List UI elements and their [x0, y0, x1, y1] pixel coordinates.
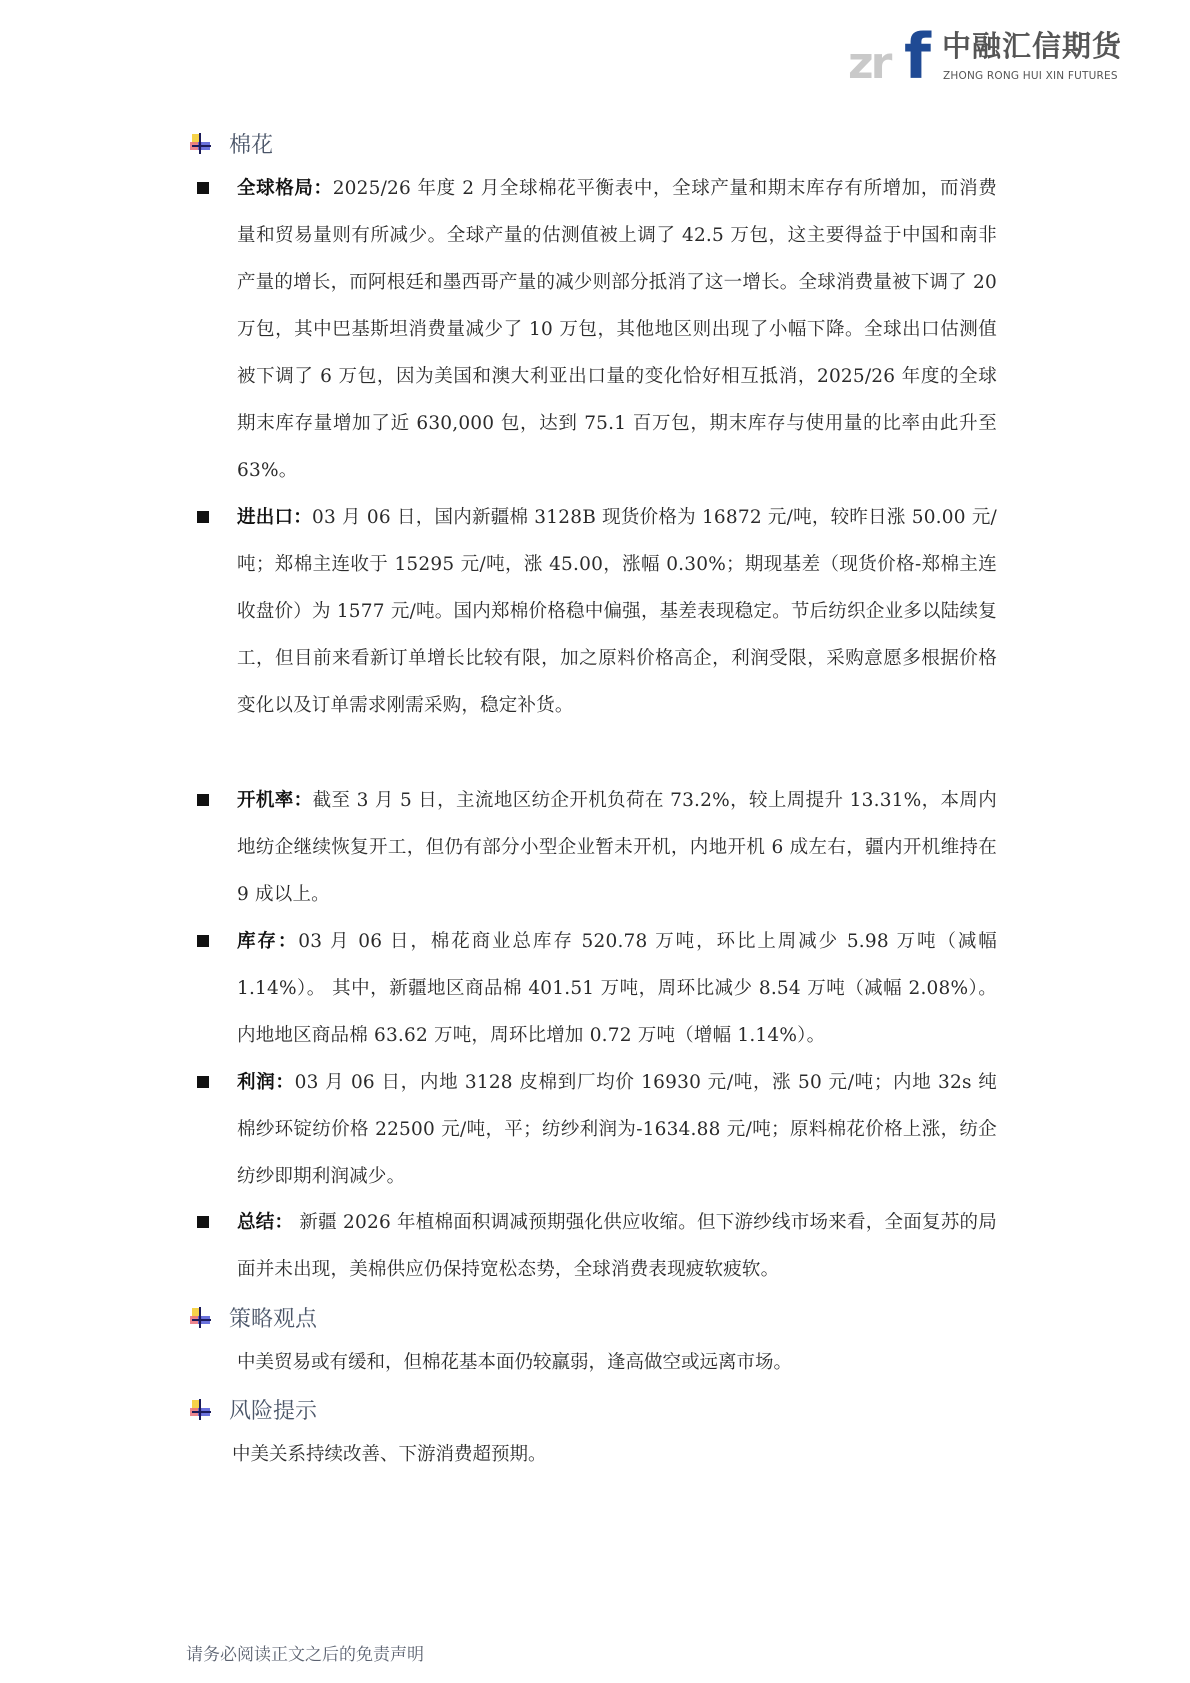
cross-bullet-icon [190, 1307, 212, 1329]
section-title: 策略观点 [229, 1302, 317, 1333]
square-bullet-icon [197, 935, 209, 947]
item-text: 03 月 06 日，国内新疆棉 3128B 现货价格为 16872 元/吨，较昨… [237, 507, 997, 716]
item-text: 03 月 06 日，棉花商业总库存 520.78 万吨，环比上周减少 5.98 … [237, 931, 997, 1046]
logo-mark-zr: zr [848, 42, 889, 86]
item-label: 总结： [237, 1212, 293, 1233]
item-text: 2025/26 年度 2 月全球棉花平衡表中，全球产量和期末库存有所增加，而消费… [237, 178, 997, 481]
logo-mark-f: f [904, 26, 931, 88]
cross-bullet-icon [190, 133, 212, 155]
item-label: 利润： [237, 1072, 295, 1093]
item-text: 03 月 06 日，内地 3128 皮棉到厂均价 16930 元/吨，涨 50 … [237, 1072, 997, 1187]
section-heading-cotton: 棉花 [190, 128, 273, 159]
section-title: 风险提示 [229, 1394, 317, 1425]
company-logo: zr f 中融汇信期货 ZHONG RONG HUI XIN FUTURES [848, 24, 1128, 86]
paragraph-summary: 总结： 新疆 2026 年植棉面积调减预期强化供应收缩。但下游纱线市场来看，全面… [237, 1199, 997, 1293]
paragraph-profit: 利润：03 月 06 日，内地 3128 皮棉到厂均价 16930 元/吨，涨 … [237, 1059, 997, 1200]
square-bullet-icon [197, 1216, 209, 1228]
item-label: 进出口： [237, 507, 312, 528]
square-bullet-icon [197, 182, 209, 194]
item-label: 开机率： [237, 790, 313, 811]
strategy-text: 中美贸易或有缓和，但棉花基本面仍较羸弱，逢高做空或远离市场。 [237, 1348, 792, 1378]
section-heading-risk: 风险提示 [190, 1394, 317, 1425]
company-name-cn: 中融汇信期货 [942, 30, 1122, 62]
square-bullet-icon [197, 794, 209, 806]
cross-bullet-icon [190, 1399, 212, 1421]
square-bullet-icon [197, 511, 209, 523]
item-label: 全球格局： [237, 178, 333, 199]
square-bullet-icon [197, 1076, 209, 1088]
footer-disclaimer: 请务必阅读正文之后的免责声明 [186, 1640, 424, 1665]
item-text: 截至 3 月 5 日，主流地区纺企开机负荷在 73.2%，较上周提升 13.31… [237, 790, 997, 905]
section-title: 棉花 [229, 128, 273, 159]
item-label: 库存： [237, 931, 298, 952]
paragraph-global-pattern: 全球格局：2025/26 年度 2 月全球棉花平衡表中，全球产量和期末库存有所增… [237, 165, 997, 494]
paragraph-operating-rate: 开机率：截至 3 月 5 日，主流地区纺企开机负荷在 73.2%，较上周提升 1… [237, 777, 997, 918]
paragraph-import-export: 进出口：03 月 06 日，国内新疆棉 3128B 现货价格为 16872 元/… [237, 494, 997, 729]
paragraph-inventory: 库存：03 月 06 日，棉花商业总库存 520.78 万吨，环比上周减少 5.… [237, 918, 997, 1059]
item-text: 新疆 2026 年植棉面积调减预期强化供应收缩。但下游纱线市场来看，全面复苏的局… [237, 1212, 997, 1280]
company-name-en: ZHONG RONG HUI XIN FUTURES [943, 70, 1118, 82]
risk-text: 中美关系持续改善、下游消费超预期。 [232, 1440, 547, 1470]
section-heading-strategy: 策略观点 [190, 1302, 317, 1333]
